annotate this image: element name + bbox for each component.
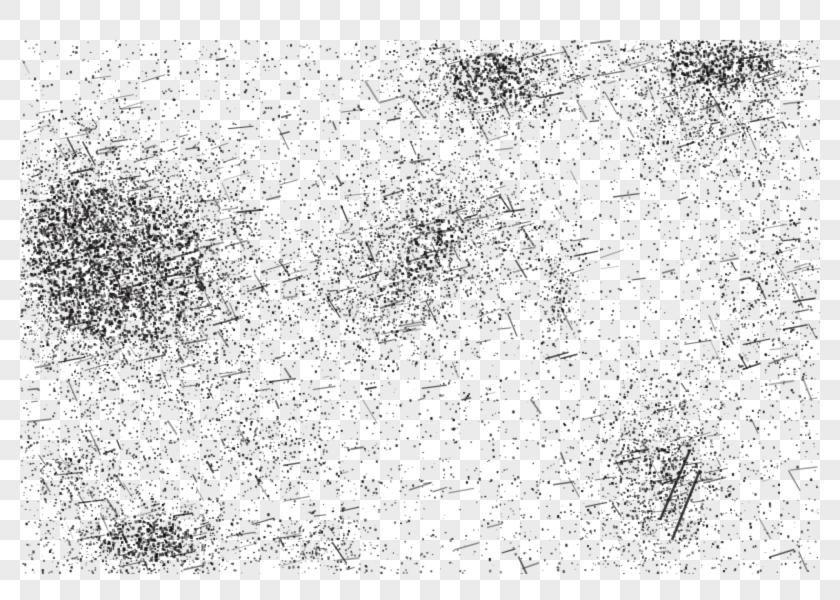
grunge-texture bbox=[0, 0, 840, 600]
transparency-checkerboard bbox=[0, 0, 840, 600]
